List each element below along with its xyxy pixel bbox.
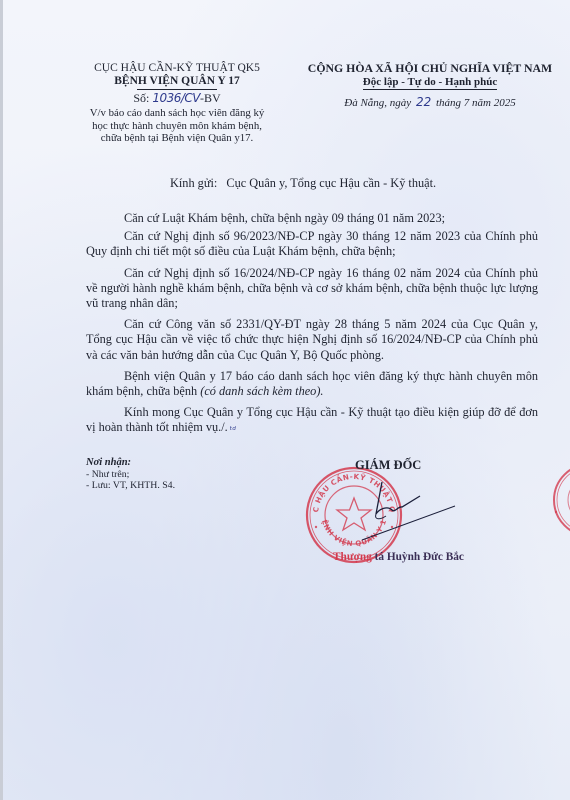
handwritten-signature-icon bbox=[340, 470, 470, 550]
recipients-block: Nơi nhận: - Như trên; - Lưu: VT, KHTH. S… bbox=[86, 457, 175, 492]
doc-number-suffix: -BV bbox=[200, 91, 221, 105]
agency-underline bbox=[137, 89, 217, 90]
date-suffix: tháng 7 năm 2025 bbox=[436, 97, 516, 109]
signer-rank: Thượng bbox=[333, 551, 372, 563]
nation-title: CỘNG HÒA XÃ HỘI CHỦ NGHĨA VIỆT NAM bbox=[290, 62, 570, 75]
date-day-handwritten: 22 bbox=[416, 95, 431, 109]
national-motto: Độc lập - Tự do - Hạnh phúc bbox=[363, 76, 497, 90]
legal-basis-paragraph: Căn cứ Luật Khám bệnh, chữa bệnh ngày 09… bbox=[86, 211, 538, 226]
document-body: Căn cứ Luật Khám bệnh, chữa bệnh ngày 09… bbox=[86, 211, 538, 446]
subject-summary: V/v báo cáo danh sách học viên đăng ký h… bbox=[62, 107, 292, 145]
overlap-seal-icon bbox=[548, 460, 570, 540]
page-edge bbox=[0, 0, 3, 800]
agency-name: BỆNH VIỆN QUÂN Y 17 bbox=[114, 75, 239, 89]
doc-number-handwritten: 1036 bbox=[152, 91, 181, 105]
addressee: Kính gửi: Cục Quân y, Tổng cục Hậu cần -… bbox=[170, 176, 436, 191]
recipients-title: Nơi nhận: bbox=[86, 457, 175, 469]
legal-basis-paragraph: Căn cứ Công văn số 2331/QY-ĐT ngày 28 th… bbox=[86, 317, 538, 363]
legal-basis-paragraph: Căn cứ Nghị định số 16/2024/NĐ-CP ngày 1… bbox=[86, 266, 538, 312]
recipient-item: - Như trên; bbox=[86, 469, 175, 481]
signer-name: Thượng tá Huỳnh Đức Bắc bbox=[333, 551, 464, 563]
subject-line: chữa bệnh tại Bệnh viện Quân y17. bbox=[62, 132, 292, 145]
subject-line: học thực hành chuyên môn khám bệnh, bbox=[62, 120, 292, 133]
national-header: CỘNG HÒA XÃ HỘI CHỦ NGHĨA VIỆT NAM Độc l… bbox=[290, 62, 570, 110]
document-number: Số: 1036/CV-BV bbox=[62, 92, 292, 105]
doc-number-label: Số: bbox=[133, 91, 149, 105]
closing-paragraph: Kính mong Cục Quân y Tổng cục Hậu cần - … bbox=[86, 405, 538, 439]
closing-text: Kính mong Cục Quân y Tổng cục Hậu cần - … bbox=[86, 405, 538, 434]
parent-agency: CỤC HẬU CẦN-KỸ THUẬT QK5 bbox=[62, 62, 292, 75]
subject-line: V/v báo cáo danh sách học viên đăng ký bbox=[62, 107, 292, 120]
place-date: Đà Nẵng, ngày 22 tháng 7 năm 2025 bbox=[290, 96, 570, 110]
legal-basis-paragraph: Căn cứ Nghị định số 96/2023/NĐ-CP ngày 3… bbox=[86, 229, 538, 259]
signer-fullname: tá Huỳnh Đức Bắc bbox=[375, 551, 464, 563]
signature-block: CỤC HẬU CẦN-KỸ THUẬT QK5 BỆNH VIỆN QUÂN … bbox=[300, 455, 510, 575]
issuing-agency-header: CỤC HẬU CẦN-KỸ THUẬT QK5 BỆNH VIỆN QUÂN … bbox=[62, 62, 292, 145]
initials-mark: ᵗᵈ bbox=[230, 426, 236, 436]
doc-number-type: /CV bbox=[181, 91, 200, 105]
date-prefix: Đà Nẵng, ngày bbox=[344, 97, 411, 109]
report-paragraph: Bệnh viện Quân y 17 báo cáo danh sách họ… bbox=[86, 369, 538, 399]
report-note: (có danh sách kèm theo). bbox=[200, 384, 323, 398]
recipient-item: - Lưu: VT, KHTH. S4. bbox=[86, 480, 175, 492]
addressee-recipient: Cục Quân y, Tổng cục Hậu cần - Kỹ thuật. bbox=[226, 176, 436, 190]
addressee-label: Kính gửi: bbox=[170, 176, 217, 190]
